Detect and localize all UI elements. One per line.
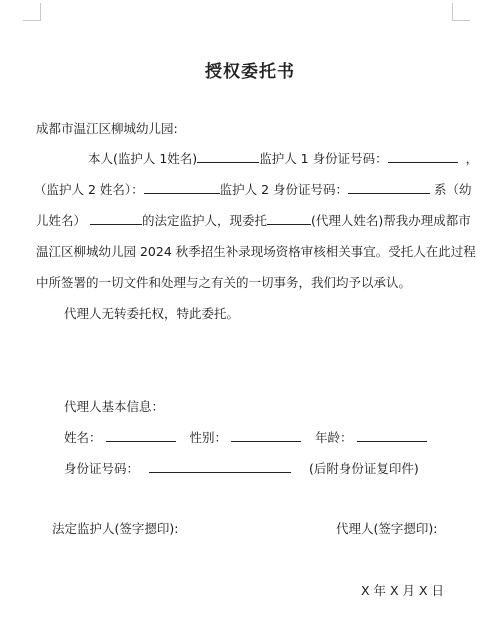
no-transfer-statement: 代理人无转委托权，特此委托。 [64,305,239,323]
guardian2-id-blank[interactable] [348,181,430,194]
guardian1-id-blank[interactable] [388,150,458,163]
id-copy-note: (后附身份证复印件) [309,461,419,476]
agent-name-field[interactable] [106,429,176,442]
guardian1-id-label: 监护人 1 身份证号码： [259,151,387,166]
page-corner-mark-top-left [23,3,41,21]
child-name-label: 儿姓名） [36,213,86,228]
document-title: 授权委托书 [0,57,500,82]
guardian2-name-blank[interactable] [144,181,220,194]
paragraph-line-4: 温江区柳城幼儿园 2024 秋季招生补录现场资格审核相关事宜。受托人在此过程 [36,243,476,261]
page-corner-mark-top-right [452,3,470,21]
agent-info-heading: 代理人基本信息： [64,398,164,416]
guardian2-id-label: 监护人 2 身份证号码： [220,182,348,197]
relation-label: 系（幼 [430,182,471,197]
comma: ， [466,151,479,166]
agent-id-field[interactable] [149,460,291,473]
guardian2-name-label: （监护人 2 姓名）： [34,182,144,197]
agent-gender-label: 性别： [190,430,228,445]
paragraph-line-1: 本人(监护人 1姓名)监护人 1 身份证号码：， [88,150,478,168]
date-line: X 年 X 月 X 日 [361,582,444,600]
guardian-signature-label: 法定监护人(签字摁印): [52,520,178,538]
child-name-blank[interactable] [90,212,142,225]
agent-info-row-1: 姓名： 性别： 年龄： [64,429,427,447]
agent-signature-label: 代理人(签字摁印): [336,520,437,538]
paragraph-line-5: 中所签署的一切文件和处理与之有关的一切事务，我们均予以承认。 [36,274,411,292]
entrust-label: 的法定监护人，现委托 [142,213,267,228]
addressee: 成都市温江区柳城幼儿园: [36,120,178,138]
agent-name-field-label: 姓名： [64,430,102,445]
agent-age-field[interactable] [357,429,427,442]
paragraph-line-3: 儿姓名）的法定监护人，现委托(代理人姓名)帮我办理成都市 [36,212,471,230]
paragraph-line-2: （监护人 2 姓名）：监护人 2 身份证号码： 系（幼 [34,181,472,199]
agent-id-label: 身份证号码： [64,461,139,476]
agent-gender-field[interactable] [231,429,301,442]
guardian1-name-blank[interactable] [197,150,259,163]
agent-info-row-2: 身份证号码： (后附身份证复印件) [64,460,419,478]
agent-name-blank[interactable] [267,212,311,225]
agent-name-label: (代理人姓名)帮我办理成都市 [311,213,471,228]
guardian1-name-label: 本人(监护人 1姓名) [88,151,197,166]
agent-age-label: 年龄： [315,430,353,445]
